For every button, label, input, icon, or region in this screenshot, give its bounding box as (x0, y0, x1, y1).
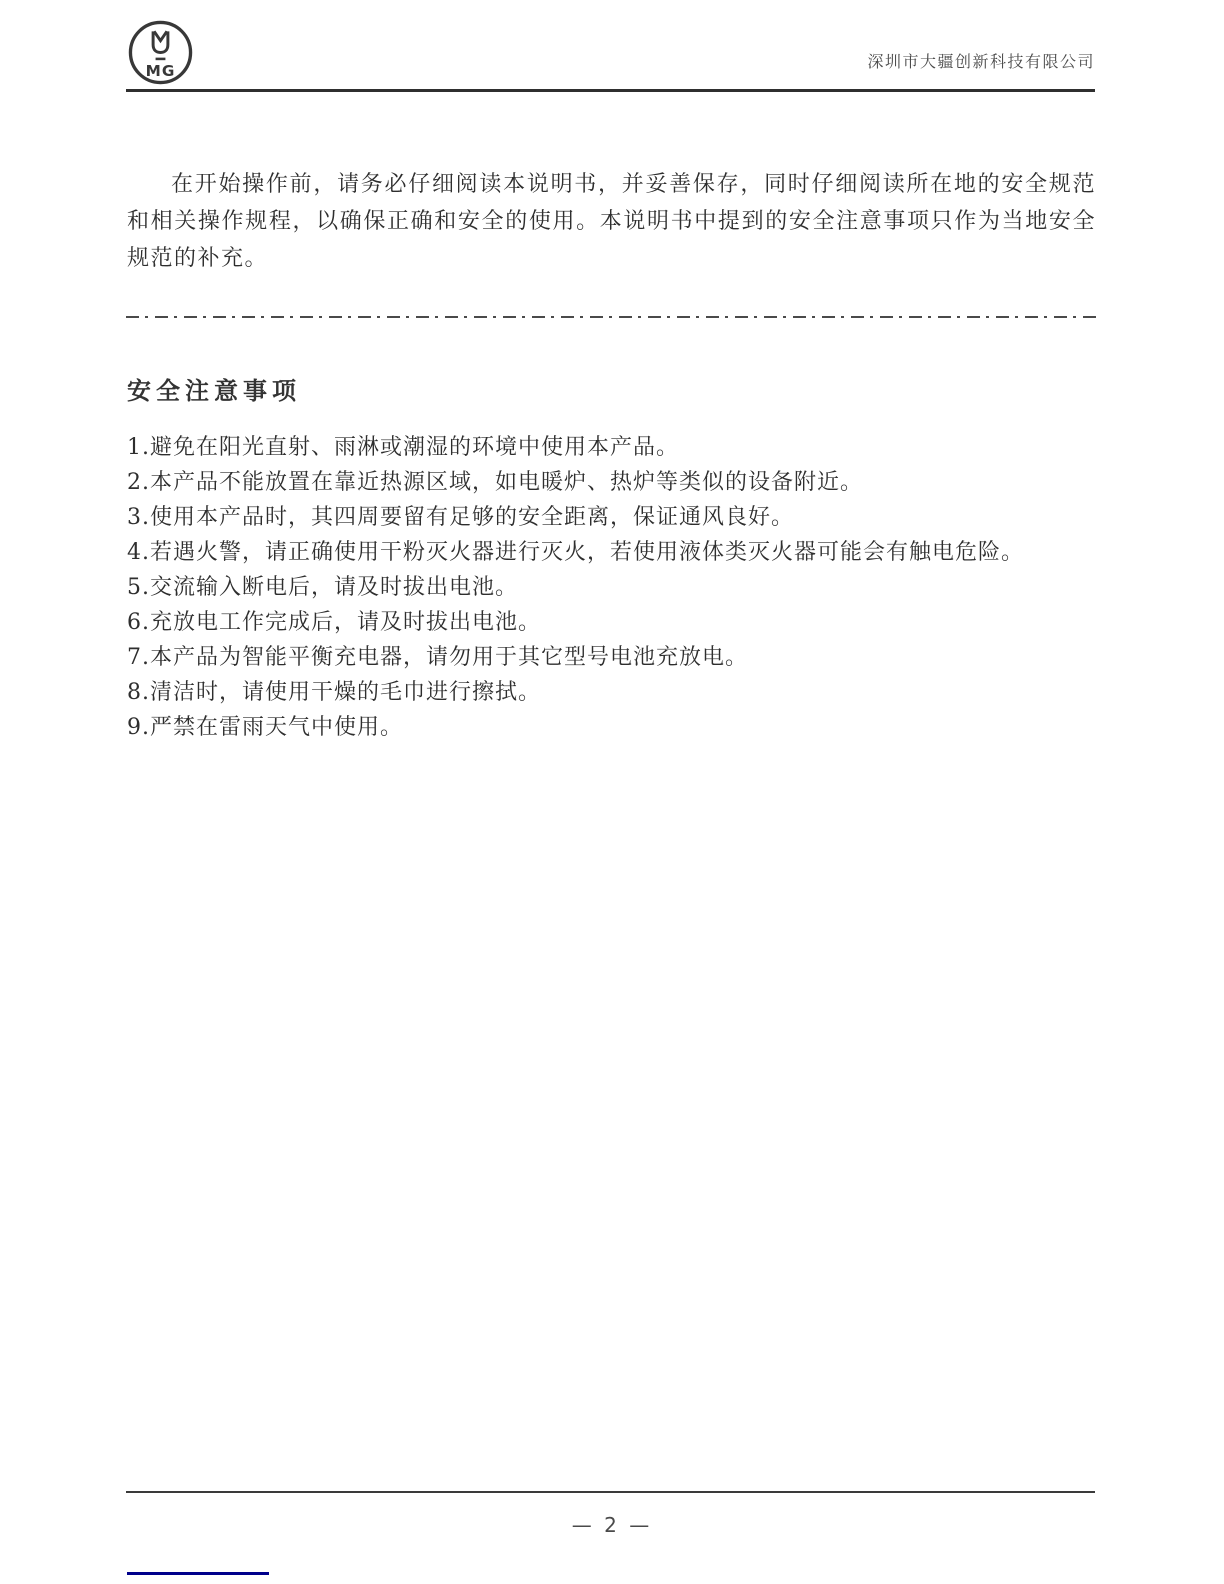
page-header: MG 深圳市大疆创新科技有限公司 (126, 0, 1095, 92)
dash-dot-divider (126, 316, 1096, 318)
safety-item: 4.若遇火警，请正确使用干粉灭火器进行灭火，若使用液体类灭火器可能会有触电危险。 (127, 535, 1096, 570)
manual-page: MG 深圳市大疆创新科技有限公司 在开始操作前，请务必仔细阅读本说明书，并妥善保… (0, 0, 1224, 1584)
safety-list: 1.避免在阳光直射、雨淋或潮湿的环境中使用本产品。 2.本产品不能放置在靠近热源… (127, 430, 1096, 745)
safety-item: 8.清洁时，请使用干燥的毛巾进行擦拭。 (127, 675, 1096, 710)
footer-rule (126, 1491, 1095, 1493)
bottom-accent-line (127, 1572, 269, 1575)
mg-logo-icon: MG (127, 19, 194, 86)
safety-item: 9.严禁在雷雨天气中使用。 (127, 710, 1096, 745)
logo-monogram: MG (146, 62, 176, 80)
intro-paragraph: 在开始操作前，请务必仔细阅读本说明书，并妥善保存，同时仔细阅读所在地的安全规范和… (127, 166, 1096, 277)
safety-item: 6.充放电工作完成后，请及时拔出电池。 (127, 605, 1096, 640)
safety-item: 5.交流输入断电后，请及时拔出电池。 (127, 570, 1096, 605)
safety-item: 1.避免在阳光直射、雨淋或潮湿的环境中使用本产品。 (127, 430, 1096, 465)
page-number: — 2 — (0, 1513, 1224, 1537)
safety-item: 3.使用本产品时，其四周要留有足够的安全距离，保证通风良好。 (127, 500, 1096, 535)
safety-item: 7.本产品为智能平衡充电器，请勿用于其它型号电池充放电。 (127, 640, 1096, 675)
company-name: 深圳市大疆创新科技有限公司 (867, 49, 1095, 72)
safety-item: 2.本产品不能放置在靠近热源区域，如电暖炉、热炉等类似的设备附近。 (127, 465, 1096, 500)
section-heading-safety: 安全注意事项 (127, 371, 301, 406)
